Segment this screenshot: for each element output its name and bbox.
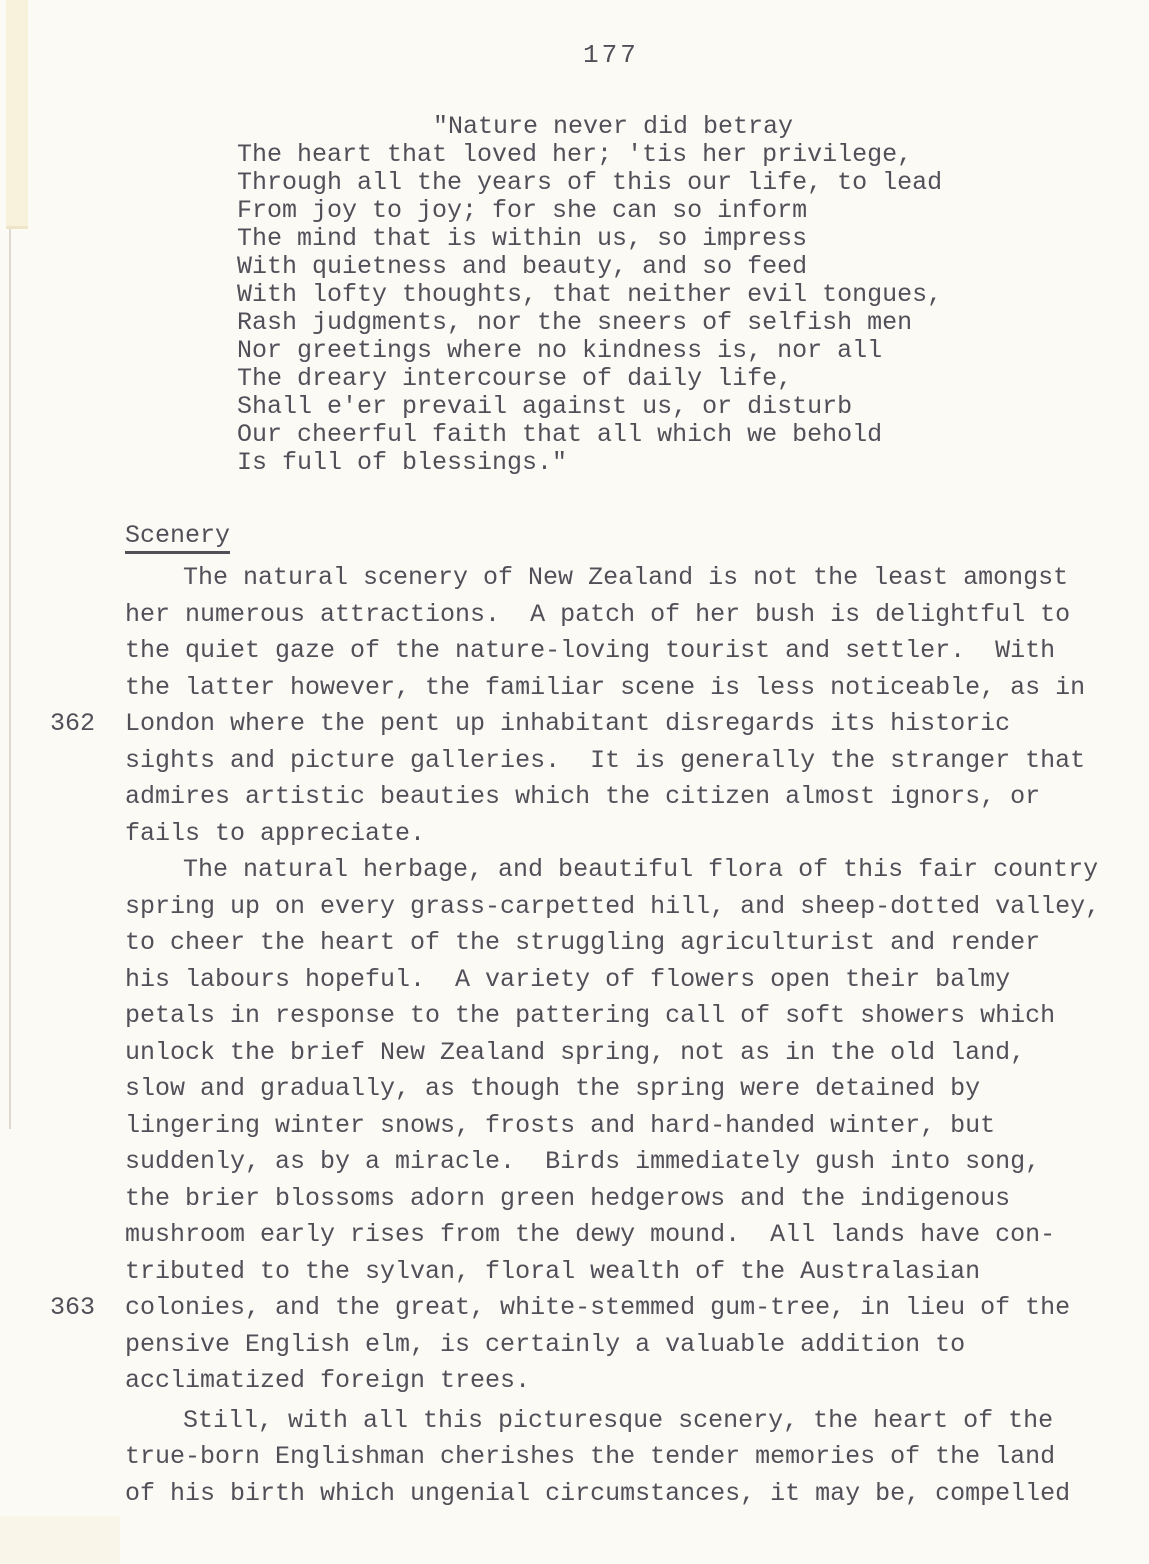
line-text: the latter however, the familiar scene i… [125,670,1085,707]
margin-paragraph-number [0,925,125,962]
margin-paragraph-number [0,1327,125,1364]
line-text: The natural scenery of New Zealand is no… [125,560,1068,597]
line-text: fails to appreciate. [125,816,425,853]
text-line: tributed to the sylvan, floral wealth of… [0,1254,1149,1291]
margin-paragraph-number [0,1403,125,1440]
poem-line: Is full of blessings." [237,449,942,477]
line-text: petals in response to the pattering call… [125,998,1055,1035]
scan-edge-artifact [6,0,28,229]
scan-corner-patch [0,1516,120,1564]
line-text: spring up on every grass-carpetted hill,… [125,889,1100,926]
margin-paragraph-number [0,998,125,1035]
line-text: colonies, and the great, white-stemmed g… [125,1290,1070,1327]
margin-paragraph-number [0,1254,125,1291]
page-number: 177 [583,40,639,70]
text-line: sights and picture galleries. It is gene… [0,743,1149,780]
line-text: her numerous attractions. A patch of her… [125,597,1070,634]
poem-line: With quietness and beauty, and so feed [237,253,942,281]
margin-paragraph-number [0,1181,125,1218]
margin-paragraph-number [0,670,125,707]
margin-paragraph-number: 362 [0,706,125,743]
text-line: to cheer the heart of the struggling agr… [0,925,1149,962]
line-text: mushroom early rises from the dewy mound… [125,1217,1055,1254]
margin-paragraph-number [0,633,125,670]
poem-line: From joy to joy; for she can so inform [237,197,942,225]
margin-paragraph-number [0,1035,125,1072]
margin-paragraph-number [0,852,125,889]
text-line: acclimatized foreign trees. [0,1363,1149,1400]
text-line: spring up on every grass-carpetted hill,… [0,889,1149,926]
poem-line: "Nature never did betray [237,113,942,141]
line-text: pensive English elm, is certainly a valu… [125,1327,965,1364]
margin-paragraph-number [0,1071,125,1108]
text-line: of his birth which ungenial circumstance… [0,1476,1149,1513]
text-line: his labours hopeful. A variety of flower… [0,962,1149,999]
margin-paragraph-number [0,779,125,816]
line-text: unlock the brief New Zealand spring, not… [125,1035,1025,1072]
margin-paragraph-number [0,889,125,926]
text-line: admires artistic beauties which the citi… [0,779,1149,816]
margin-paragraph-number [0,962,125,999]
poem-line: The dreary intercourse of daily life, [237,365,942,393]
line-text: to cheer the heart of the struggling agr… [125,925,1040,962]
margin-paragraph-number [0,560,125,597]
poem-line: Shall e'er prevail against us, or distur… [237,393,942,421]
poem-quote: "Nature never did betrayThe heart that l… [237,113,942,477]
margin-paragraph-number [0,1439,125,1476]
line-text: slow and gradually, as though the spring… [125,1071,980,1108]
body-paragraphs: The natural scenery of New Zealand is no… [0,560,1149,1512]
poem-line: Our cheerful faith that all which we beh… [237,421,942,449]
line-text: true-born Englishman cherishes the tende… [125,1439,1055,1476]
line-text: sights and picture galleries. It is gene… [125,743,1085,780]
text-line: pensive English elm, is certainly a valu… [0,1327,1149,1364]
line-text: tributed to the sylvan, floral wealth of… [125,1254,980,1291]
line-text: the brier blossoms adorn green hedgerows… [125,1181,1010,1218]
line-text: The natural herbage, and beautiful flora… [125,852,1098,889]
text-line: petals in response to the pattering call… [0,998,1149,1035]
text-line: unlock the brief New Zealand spring, not… [0,1035,1149,1072]
section-heading: Scenery [125,521,230,554]
line-text: Still, with all this picturesque scenery… [125,1403,1053,1440]
text-line: the quiet gaze of the nature-loving tour… [0,633,1149,670]
text-line: true-born Englishman cherishes the tende… [0,1439,1149,1476]
line-text: admires artistic beauties which the citi… [125,779,1040,816]
line-text: his labours hopeful. A variety of flower… [125,962,1010,999]
text-line: the latter however, the familiar scene i… [0,670,1149,707]
line-text: suddenly, as by a miracle. Birds immedia… [125,1144,1040,1181]
text-line: her numerous attractions. A patch of her… [0,597,1149,634]
text-line: 362London where the pent up inhabitant d… [0,706,1149,743]
text-line: lingering winter snows, frosts and hard-… [0,1108,1149,1145]
text-line: slow and gradually, as though the spring… [0,1071,1149,1108]
poem-line: The heart that loved her; 'tis her privi… [237,141,942,169]
text-line: The natural herbage, and beautiful flora… [0,852,1149,889]
poem-line: With lofty thoughts, that neither evil t… [237,281,942,309]
line-text: acclimatized foreign trees. [125,1363,530,1400]
paragraph: The natural scenery of New Zealand is no… [0,560,1149,852]
line-text: London where the pent up inhabitant disr… [125,706,1010,743]
margin-paragraph-number: 363 [0,1290,125,1327]
text-line: The natural scenery of New Zealand is no… [0,560,1149,597]
margin-paragraph-number [0,1217,125,1254]
text-line: fails to appreciate. [0,816,1149,853]
margin-paragraph-number [0,1144,125,1181]
text-line: Still, with all this picturesque scenery… [0,1403,1149,1440]
line-text: of his birth which ungenial circumstance… [125,1476,1070,1513]
text-line: suddenly, as by a miracle. Birds immedia… [0,1144,1149,1181]
margin-paragraph-number [0,597,125,634]
margin-paragraph-number [0,1476,125,1513]
line-text: the quiet gaze of the nature-loving tour… [125,633,1055,670]
margin-paragraph-number [0,1108,125,1145]
poem-line: Nor greetings where no kindness is, nor … [237,337,942,365]
poem-line: Through all the years of this our life, … [237,169,942,197]
margin-paragraph-number [0,816,125,853]
paragraph: The natural herbage, and beautiful flora… [0,852,1149,1400]
text-line: 363colonies, and the great, white-stemme… [0,1290,1149,1327]
margin-paragraph-number [0,743,125,780]
poem-line: Rash judgments, nor the sneers of selfis… [237,309,942,337]
text-line: mushroom early rises from the dewy mound… [0,1217,1149,1254]
margin-paragraph-number [0,1363,125,1400]
poem-line: The mind that is within us, so impress [237,225,942,253]
line-text: lingering winter snows, frosts and hard-… [125,1108,995,1145]
text-line: the brier blossoms adorn green hedgerows… [0,1181,1149,1218]
paragraph: Still, with all this picturesque scenery… [0,1403,1149,1513]
